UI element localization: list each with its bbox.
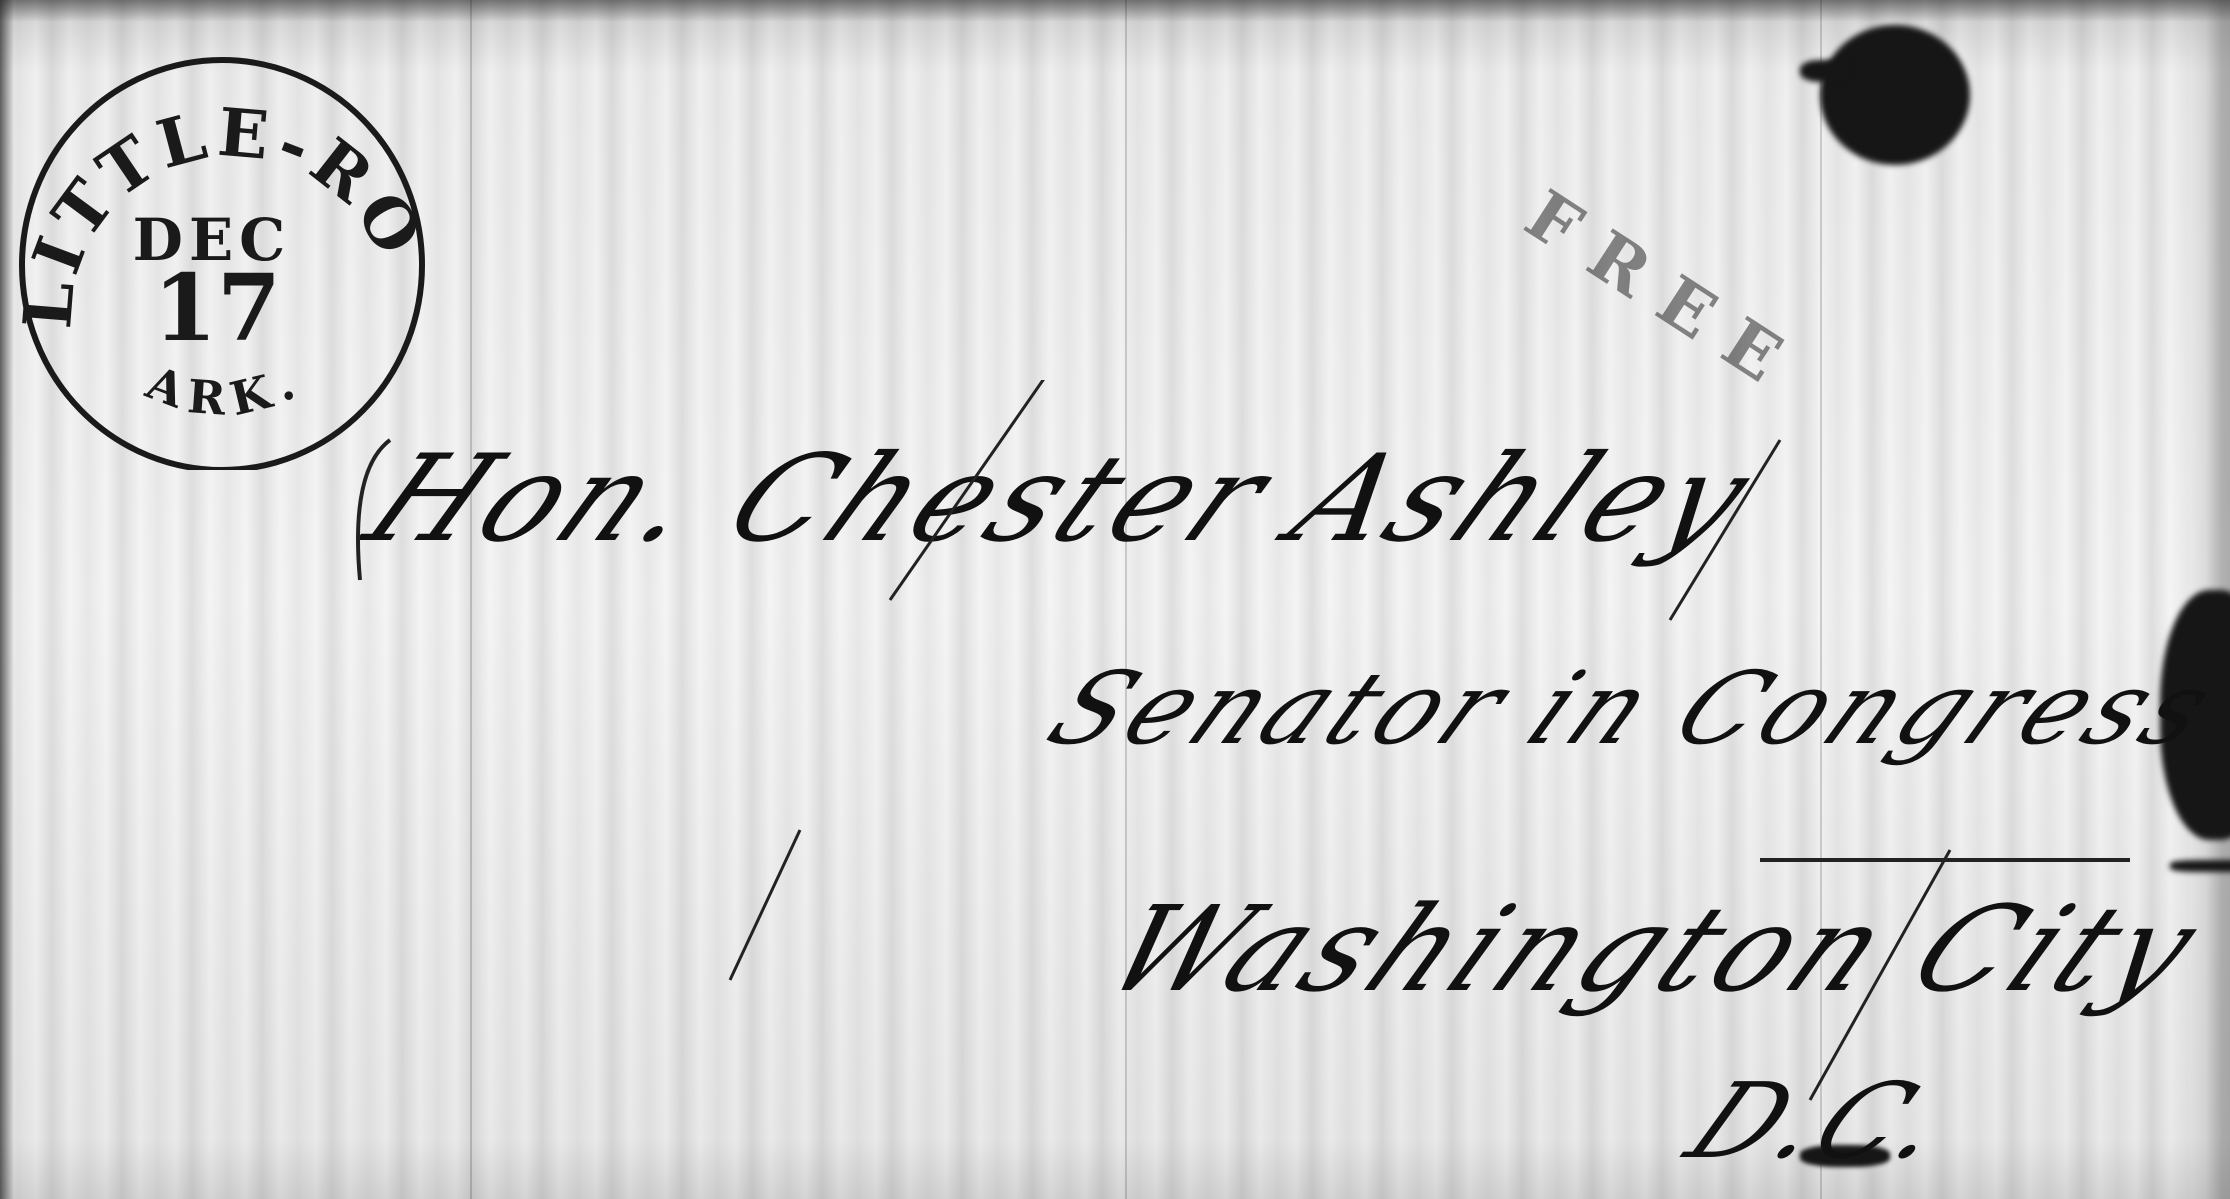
scan-edge-top [0,0,2230,22]
ink-blot-icon [1820,25,1970,165]
ink-underline-mark [2170,860,2230,872]
postmark-state: ARK. [139,352,312,426]
postmark-day: 17 [153,254,281,362]
letter-cover: LITTLE-ROCK ARK. DEC 17 FREE Hon. Cheste… [0,0,2230,1199]
ink-blot-icon [1800,60,1850,82]
free-handstamp: FREE [1511,175,1817,412]
svg-text:ARK.: ARK. [139,352,312,426]
pen-flourish-icon [330,380,2130,1180]
